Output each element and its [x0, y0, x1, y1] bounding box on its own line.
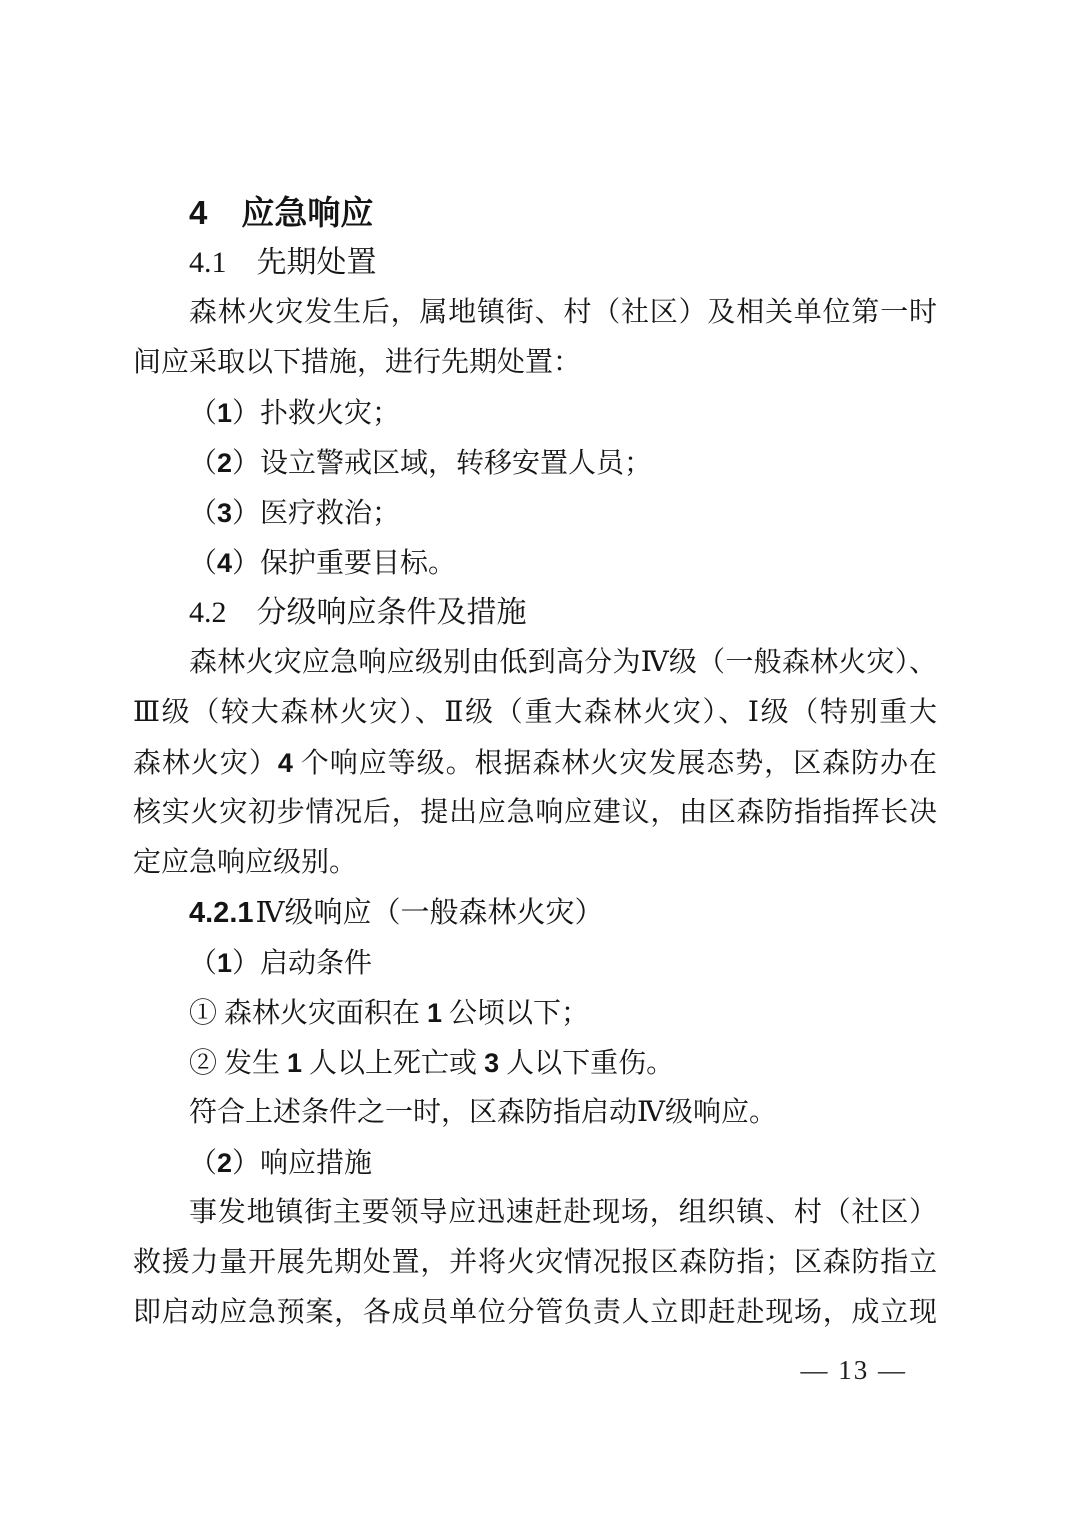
heading-level2-41: 4.1先期处置 [133, 238, 937, 288]
condition-item-1: ① 森林火灾面积在 1 公顷以下； [133, 988, 937, 1038]
list-item-1: （1）扑救火灾； [133, 388, 937, 438]
page-number: — 13 — [133, 1350, 937, 1390]
trigger-conditions-label: （1）启动条件 [133, 938, 937, 988]
list-item-3: （3）医疗救治； [133, 488, 937, 538]
heading-level2-42: 4.2分级响应条件及措施 [133, 588, 937, 638]
heading-421-number: 4.2.1 [189, 897, 254, 929]
list-item-4: （4）保护重要目标。 [133, 538, 937, 588]
paragraph-line: 森林火灾发生后，属地镇街、村（社区）及相关单位第一时 [133, 288, 937, 338]
list-item-2: （2）设立警戒区域，转移安置人员； [133, 438, 937, 488]
heading-42-title: 分级响应条件及措施 [257, 596, 527, 629]
heading-level3-421: 4.2.1Ⅳ级响应（一般森林火灾） [133, 888, 937, 938]
response-measures-label: （2）响应措施 [133, 1138, 937, 1188]
paragraph-line: 定应急响应级别。 [133, 838, 937, 888]
heading-level1: 4应急响应 [133, 188, 937, 238]
paragraph-line: 森林火灾应急响应级别由低到高分为Ⅳ级（一般森林火灾）、 [133, 638, 937, 688]
paragraph-line: 事发地镇街主要领导应迅速赶赴现场，组织镇、村（社区） [133, 1188, 937, 1238]
condition-item-2: ② 发生 1 人以上死亡或 3 人以下重伤。 [133, 1038, 937, 1088]
paragraph-line: 森林火灾）4 个响应等级。根据森林火灾发展态势，区森防办在 [133, 738, 937, 788]
condition-note: 符合上述条件之一时，区森防指启动Ⅳ级响应。 [133, 1088, 937, 1138]
heading-41-title: 先期处置 [257, 246, 377, 279]
paragraph-line: Ⅲ级（较大森林火灾）、Ⅱ级（重大森林火灾）、Ⅰ级（特别重大 [133, 688, 937, 738]
paragraph-line: 救援力量开展先期处置，并将火灾情况报区森防指；区森防指立 [133, 1238, 937, 1288]
paragraph-line: 核实火灾初步情况后，提出应急响应建议，由区森防指指挥长决 [133, 788, 937, 838]
heading-421-title: Ⅳ级响应（一般森林火灾） [256, 897, 604, 929]
paragraph-line: 即启动应急预案，各成员单位分管负责人立即赶赴现场，成立现 [133, 1288, 937, 1338]
paragraph-line: 间应采取以下措施，进行先期处置： [133, 338, 937, 388]
heading-level1-number: 4 [189, 194, 207, 231]
document-page: 4应急响应 4.1先期处置 森林火灾发生后，属地镇街、村（社区）及相关单位第一时… [0, 0, 1074, 1520]
heading-level1-title: 应急响应 [241, 194, 373, 231]
heading-42-number: 4.2 [189, 596, 227, 629]
heading-41-number: 4.1 [189, 246, 227, 279]
